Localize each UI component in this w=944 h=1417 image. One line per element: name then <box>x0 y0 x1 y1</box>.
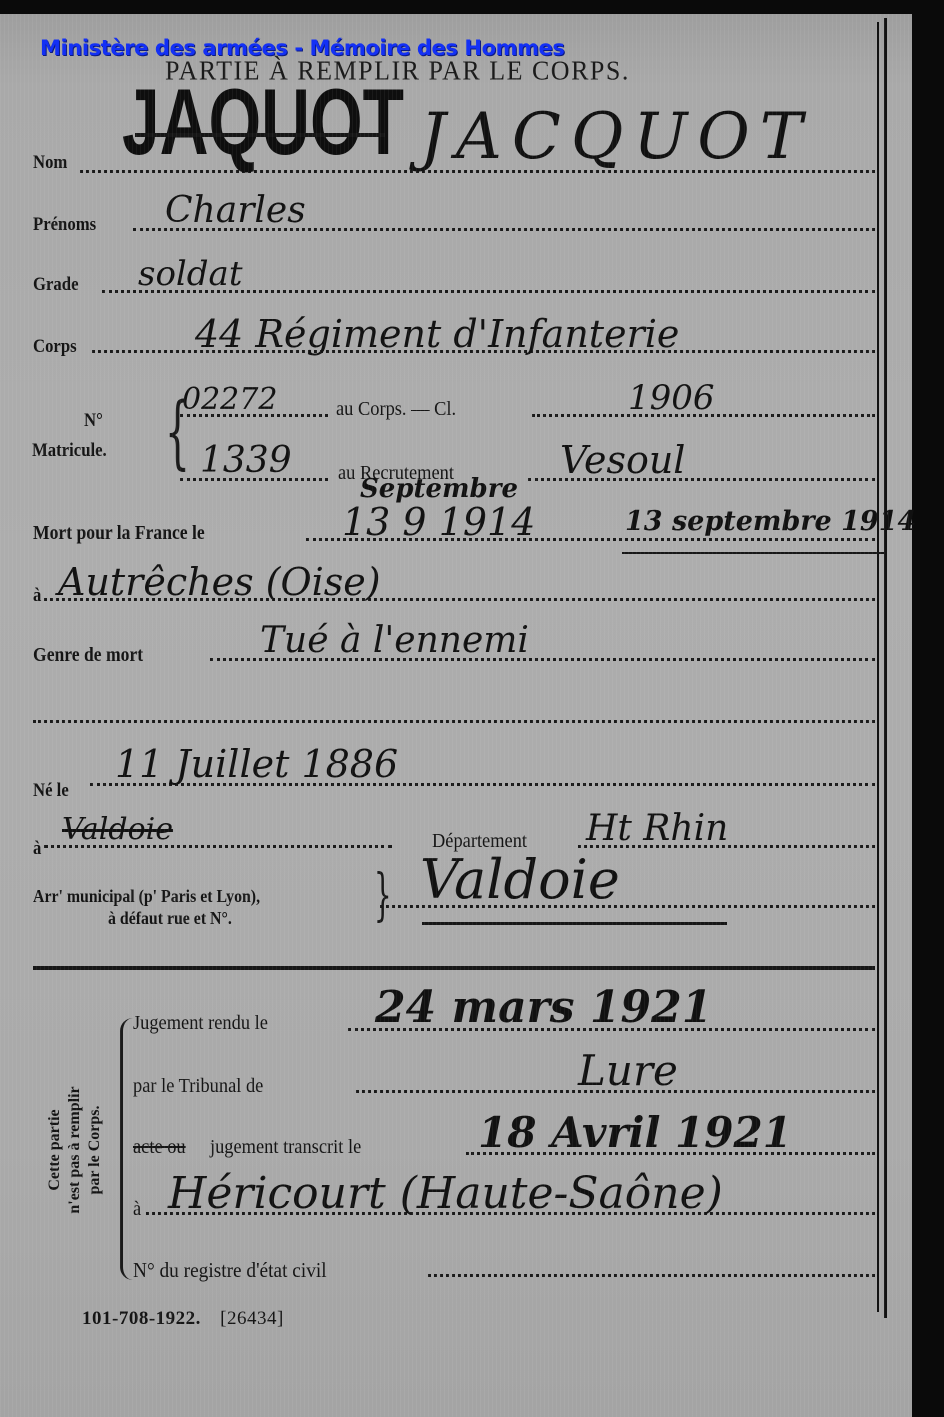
value-mort: 13 9 1914 <box>342 500 535 544</box>
value-classe: 1906 <box>628 378 715 418</box>
label-matricule: Matricule. <box>32 440 107 462</box>
side-note-line3: par le Corps. <box>85 1086 105 1213</box>
nom-strikethrough <box>135 133 385 137</box>
watermark: Ministère des armées - Mémoire des Homme… <box>40 36 565 60</box>
value-lieu-mort: Autrêches (Oise) <box>58 560 381 604</box>
label-matricule-no: N° <box>84 410 103 432</box>
value-nom-handwritten: JACQUOT <box>420 100 812 174</box>
label-grade: Grade <box>33 274 79 296</box>
value-corps: 44 Régiment d'Infanterie <box>195 312 679 356</box>
label-tribunal: par le Tribunal de <box>133 1075 263 1098</box>
footer-print-code: 101-708-1922. <box>82 1308 201 1329</box>
value-grade: soldat <box>138 254 243 294</box>
label-au-corps-classe: au Corps. — Cl. <box>336 398 456 421</box>
value-lieu-transcription: Héricourt (Haute-Saône) <box>168 1168 723 1219</box>
arrondissement-brace: } <box>374 868 392 924</box>
value-tribunal: Lure <box>578 1046 678 1095</box>
value-jugement: 24 mars 1921 <box>375 982 712 1033</box>
line-blank <box>33 720 875 723</box>
value-departement: Ht Rhin <box>586 808 728 849</box>
side-note-line2: n'est pas à remplir <box>65 1086 85 1213</box>
value-recrutement-place: Vesoul <box>560 438 685 482</box>
line-registre <box>428 1274 875 1277</box>
value-arrondissement: Valdoie <box>420 848 620 911</box>
value-mort-rewritten: 13 septembre 1914 <box>625 506 916 537</box>
value-prenoms: Charles <box>165 190 306 231</box>
side-note-line1: Cette partie <box>45 1086 65 1213</box>
label-lieu-naissance: à <box>33 838 41 860</box>
value-matricule-recrutement: 1339 <box>200 440 292 481</box>
value-naissance: 11 Juillet 1886 <box>115 742 398 786</box>
value-matricule-corps: 02272 <box>182 382 277 417</box>
section-divider <box>33 966 875 970</box>
label-transcription-struck: acte ou <box>133 1136 186 1159</box>
margin-rule-inner <box>877 22 879 1312</box>
arrondissement-underline <box>422 922 727 925</box>
footer-code: 101-708-1922. [26434] <box>82 1308 284 1330</box>
label-arrondissement-2: à défaut rue et N°. <box>108 908 232 929</box>
label-arrondissement-1: Arr' municipal (p' Paris et Lyon), <box>33 886 260 907</box>
transcription-struck-text: acte ou <box>133 1136 186 1158</box>
label-lieu-mort: à <box>33 585 41 607</box>
label-transcription: jugement transcrit le <box>210 1136 361 1159</box>
jugement-bracket <box>120 1018 133 1280</box>
label-registre: N° du registre d'état civil <box>133 1258 327 1283</box>
value-nom-stamped: JAQUOT <box>122 72 404 172</box>
margin-rule-outer <box>884 18 887 1318</box>
label-corps: Corps <box>33 336 77 358</box>
label-naissance: Né le <box>33 780 69 802</box>
label-genre-mort: Genre de mort <box>33 644 143 667</box>
value-lieu-naissance-struck: Valdoie <box>62 812 173 847</box>
label-nom: Nom <box>33 152 67 174</box>
mort-underline <box>622 552 884 554</box>
label-jugement: Jugement rendu le <box>133 1012 268 1035</box>
value-transcription: 18 Avril 1921 <box>478 1108 792 1157</box>
label-mort: Mort pour la France le <box>33 522 205 545</box>
side-note: Cette partie n'est pas à remplir par le … <box>20 1035 130 1265</box>
document-paper: Ministère des armées - Mémoire des Homme… <box>0 0 912 1417</box>
footer-reference: [26434] <box>220 1308 284 1329</box>
value-genre-mort: Tué à l'ennemi <box>260 620 529 661</box>
label-prenoms: Prénoms <box>33 214 96 236</box>
label-lieu-transcription: à <box>133 1198 141 1221</box>
